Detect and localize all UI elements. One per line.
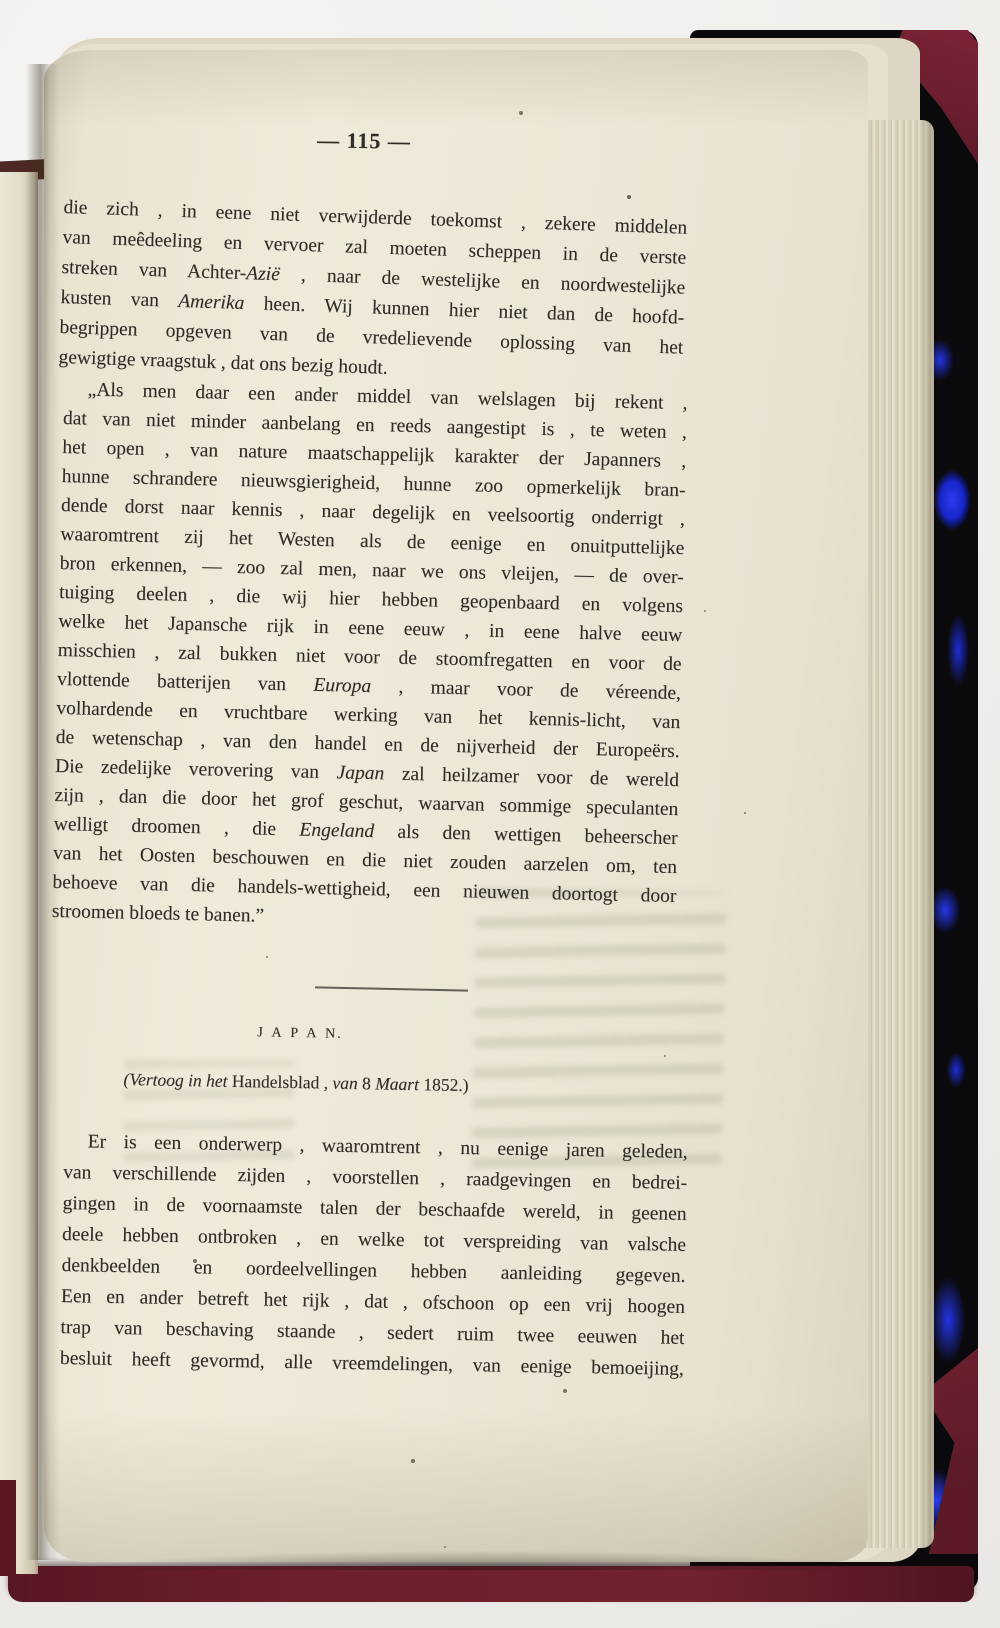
paper-specks: [44, 50, 46, 52]
section-subtitle: (Vertoog in het Handelsblad , van 8 Maar…: [64, 1068, 528, 1097]
section-divider-rule: [315, 986, 468, 991]
book-photo: — 115 — die zich , in eene niet verwijde…: [0, 0, 1000, 1628]
paragraph: Er is een onderwerp , waaromtrent , nu e…: [60, 1126, 688, 1385]
paragraph: die zich , in eene niet verwijderde toek…: [58, 193, 688, 394]
page-edge-stack: [858, 120, 934, 1548]
book-cover-bottom-edge: [8, 1566, 974, 1602]
book-page: — 115 — die zich , in eene niet verwijde…: [44, 50, 868, 1562]
page-number: — 115 —: [64, 124, 664, 158]
section-heading: J A P A N.: [64, 1022, 536, 1046]
paragraph: „Als men daar een ander middel van welsl…: [51, 375, 687, 940]
facing-page-sliver: [0, 172, 38, 1574]
cover-left-bottom-sliver: [0, 1480, 16, 1576]
